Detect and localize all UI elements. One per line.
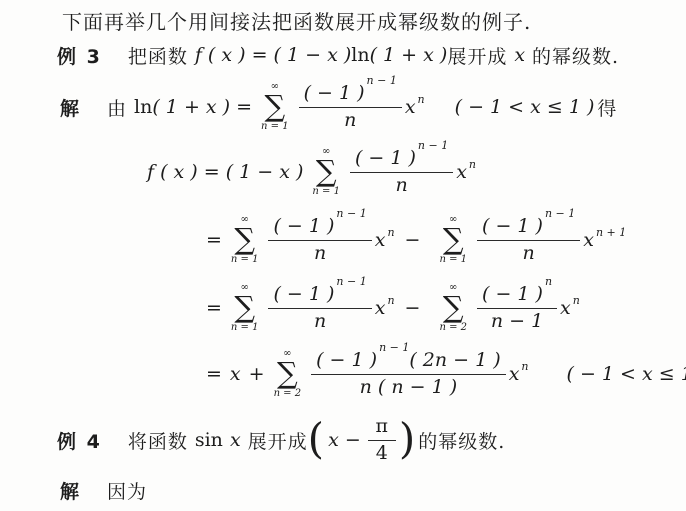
equals-sign: = (206, 229, 222, 251)
fraction-denominator: n (299, 107, 402, 132)
solution3-label: 解 (60, 94, 81, 121)
example4-mid-text: 展开成 (248, 427, 308, 454)
fraction-numerator: ( − 1 )n − 1 (268, 284, 371, 308)
summation-symbol: ∞ ∑ n = 2 (439, 283, 467, 333)
fraction-numerator: ( − 1 )n − 1 (350, 148, 453, 172)
summation-symbol: ∞ ∑ n = 1 (312, 147, 340, 197)
equation-line-3: = ∞ ∑ n = 1 ( − 1 )n − 1 n xn − ∞ ∑ n = … (206, 278, 580, 338)
solution3-text-you: 由 (107, 94, 127, 121)
sigma-icon: ∑ (316, 158, 337, 185)
fraction: ( − 1 )n − 1( 2n − 1 ) n ( n − 1 ) (311, 350, 506, 399)
intro-text: 下面再举几个用间接法把函数展开成幂级数的例子. (62, 6, 531, 35)
minus-operator: − (405, 229, 421, 251)
series-variable: x (405, 96, 416, 118)
example4-label: 例 4 (57, 427, 102, 454)
equals-sign: = (206, 363, 222, 385)
fraction: ( − 1 )n − 1 n (268, 216, 371, 265)
solution4-text: 因为 (107, 477, 147, 504)
intro-sentence: 下面再举几个用间接法把函数展开成幂级数的例子. (62, 6, 531, 34)
summation-symbol: ∞ ∑ n = 1 (231, 283, 259, 333)
pi-over-4-fraction: π 4 (368, 416, 396, 465)
ln-operator: ln (351, 44, 369, 66)
sigma-icon: ∑ (234, 226, 255, 253)
numerator-exponent: n − 1 (367, 74, 397, 87)
sum-lower-limit: n = 1 (231, 323, 259, 333)
example3-statement: 例 3 把函数 f ( x ) = ( 1 − x ) ln ( 1 + x )… (57, 40, 619, 70)
fraction: ( − 1 )n − 1 n (477, 216, 580, 265)
fraction-numerator: ( − 1 )n − 1( 2n − 1 ) (311, 350, 506, 374)
ln-operator: ln (134, 96, 152, 118)
sin-argument: x (230, 429, 241, 451)
series-variable: x (560, 297, 571, 319)
fraction-denominator: n (268, 308, 371, 333)
example3-pre-text: 把函数 (128, 42, 188, 69)
fraction: ( − 1 )n n − 1 (477, 284, 557, 333)
ln-argument: ( 1 + x ) = (152, 96, 252, 118)
series-variable: x (509, 363, 520, 385)
sum-lower-limit: n = 1 (439, 255, 467, 265)
solution4-label: 解 (60, 477, 81, 504)
series-variable: x (375, 229, 386, 251)
series-variable: x (583, 229, 594, 251)
equation-line-1: f ( x ) = ( 1 − x ) ∞ ∑ n = 1 ( − 1 )n −… (147, 141, 476, 203)
example3-formula-part1: f ( x ) = ( 1 − x ) (195, 44, 351, 66)
fraction: ( − 1 )n − 1 n (350, 148, 453, 197)
fraction-numerator: π (368, 416, 396, 440)
solution4-line: 解 因为 (60, 476, 147, 504)
example4-pre-text: 将函数 (128, 427, 188, 454)
sigma-icon: ∑ (443, 294, 464, 321)
fraction-denominator: n (477, 240, 580, 265)
equation-line-2: = ∞ ∑ n = 1 ( − 1 )n − 1 n xn − ∞ ∑ n = … (206, 210, 626, 270)
sum-lower-limit: n = 2 (274, 389, 302, 399)
fraction-numerator: ( − 1 )n (477, 284, 557, 308)
summation-symbol: ∞ ∑ n = 1 (261, 82, 289, 132)
fraction: ( − 1 )n − 1 n (299, 83, 402, 132)
fraction-numerator: ( − 1 )n − 1 (299, 83, 402, 107)
numerator-exponent: n − 1 (336, 275, 366, 288)
solution3-line: 解 由 ln ( 1 + x ) = ∞ ∑ n = 1 ( − 1 )n − … (60, 76, 617, 138)
summation-symbol: ∞ ∑ n = 2 (274, 349, 302, 399)
numerator-exponent: n − 1 (379, 341, 409, 354)
minus-operator: − (405, 297, 421, 319)
summation-symbol: ∞ ∑ n = 1 (231, 215, 259, 265)
example3-variable: x (514, 44, 525, 66)
numerator-factor2: ( 2n − 1 ) (409, 349, 500, 371)
fraction: ( − 1 )n − 1 n (268, 284, 371, 333)
sigma-icon: ∑ (277, 360, 298, 387)
sum-lower-limit: n = 2 (439, 323, 467, 333)
summation-symbol: ∞ ∑ n = 1 (439, 215, 467, 265)
sum-lower-limit: n = 1 (231, 255, 259, 265)
leading-x-term: x (230, 363, 241, 385)
fraction-numerator: ( − 1 )n − 1 (477, 216, 580, 240)
equation1-lhs: f ( x ) = ( 1 − x ) (147, 161, 303, 183)
fraction-numerator: ( − 1 )n − 1 (268, 216, 371, 240)
sigma-icon: ∑ (443, 226, 464, 253)
fraction-denominator: n (350, 172, 453, 197)
sin-operator: sin (195, 429, 223, 451)
convergence-condition: ( − 1 < x ≤ 1 ) . (567, 363, 686, 385)
numerator-exponent: n (545, 275, 552, 288)
example3-post-text: 的幂级数. (532, 42, 619, 69)
fraction-denominator: n ( n − 1 ) (311, 374, 506, 399)
example3-label: 例 3 (57, 42, 102, 69)
sigma-icon: ∑ (234, 294, 255, 321)
numerator-exponent: n − 1 (545, 207, 575, 220)
series-variable: x (375, 297, 386, 319)
equation-line-4: = x + ∞ ∑ n = 2 ( − 1 )n − 1( 2n − 1 ) n… (206, 342, 686, 406)
numerator-exponent: n − 1 (336, 207, 366, 220)
equals-sign: = (206, 297, 222, 319)
example4-post-text: 的幂级数. (418, 427, 505, 454)
fraction-denominator: n (268, 240, 371, 265)
example4-statement: 例 4 将函数 sin x 展开成 ( x − π 4 ) 的幂级数. (57, 414, 505, 466)
sum-lower-limit: n = 1 (261, 122, 289, 132)
fraction-denominator: n − 1 (477, 308, 557, 333)
fraction-denominator: 4 (368, 440, 396, 465)
series-variable: x (456, 161, 467, 183)
textbook-page: 下面再举几个用间接法把函数展开成幂级数的例子. 例 3 把函数 f ( x ) … (0, 0, 686, 511)
numerator-exponent: n − 1 (418, 139, 448, 152)
sigma-icon: ∑ (264, 93, 285, 120)
solution3-text-de: 得 (597, 94, 617, 121)
convergence-condition: ( − 1 < x ≤ 1 ) (455, 96, 595, 118)
example3-formula-part2: ( 1 + x ) (370, 44, 448, 66)
x-minus-term: x − (328, 429, 361, 451)
sum-lower-limit: n = 1 (312, 187, 340, 197)
example3-mid-text: 展开成 (447, 42, 507, 69)
plus-operator: + (249, 363, 265, 385)
